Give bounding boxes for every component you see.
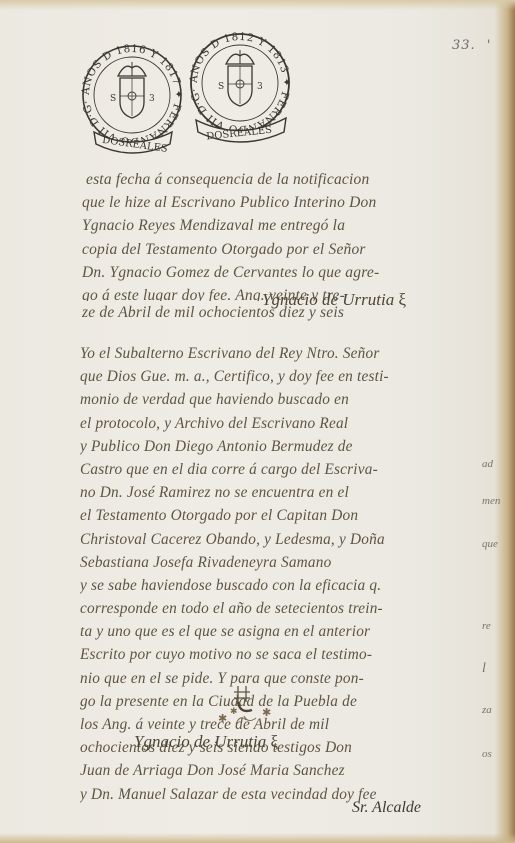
text-line: corresponde en todo el año de seteciento… [80,597,389,620]
svg-text:3: 3 [149,94,155,104]
margin-bleed-mark: l [482,661,486,677]
text-line: el protocolo, y Archivo del Escrivano Re… [80,412,389,435]
text-line: Yo el Subalterno Escrivano del Rey Ntro.… [80,342,389,365]
text-line: Dn. Ygnacio Gomez de Cervantes lo que ag… [82,261,379,284]
text-line: y se sabe haviendose buscado con la efic… [80,574,389,597]
text-line: que Dios Gue. m. a., Certifico, y doy fe… [80,365,389,388]
text-line: esta fecha á consequencia de la notifica… [86,168,379,191]
tax-stamp-right: ANOS D 1812 Y 1813 ✦ FERNANDO VII D·G·HI… [188,28,298,148]
svg-text:3: 3 [257,82,263,92]
text-line: el Testamento Otorgado por el Capitan Do… [80,504,389,527]
closing-addressee: Sr. Alcalde [352,799,421,817]
text-line: Escrito por cuyo motivo no se saca el te… [80,643,389,666]
margin-bleed-mark: men [482,495,500,507]
folio-number: 33. ' [452,38,491,53]
svg-text:✱: ✱ [230,706,238,716]
text-line: Juan de Arriaga Don José Maria Sanchez [80,759,389,782]
margin-bleed-mark: re [482,620,491,632]
signature-flourish-icon: ξ [398,290,406,309]
text-line: no Dn. José Ramirez no se encuentra en e… [80,481,389,504]
margin-bleed-mark: za [482,704,492,716]
svg-text:✱: ✱ [218,713,227,725]
margin-bleed-mark: ad [482,458,493,470]
text-line: Ygnacio Reyes Mendizaval me entregó la [82,214,379,237]
signature-flourish-icon: ξ [270,732,278,751]
signature-urrutia-1: Ygnacio de Urrutia ξ [262,290,406,310]
svg-text:✱: ✱ [262,707,271,719]
manuscript-page: 33. ' ANOS D 1816 Y 1817 ✦ FERNANDO VII … [0,0,515,843]
text-line: ta y uno que es el que se asigna en el a… [80,620,389,643]
text-line: Castro que en el dia corre á cargo del E… [80,458,389,481]
text-line: Christoval Cacerez Obando, y Ledesma, y … [80,528,389,551]
text-line: copia del Testamento Otorgado por el Señ… [82,238,379,261]
text-line: y Publico Don Diego Antonio Bermudez de [80,435,389,458]
text-line: y Dn. Manuel Salazar de esta vecindad do… [80,783,389,806]
margin-bleed-mark: os [482,748,492,760]
text-line: que le hize al Escrivano Publico Interin… [82,191,379,214]
text-line: Sebastiana Josefa Rivadeneyra Samano [80,551,389,574]
signature-urrutia-2: Ygnacio de Urrutia ξ [134,732,278,752]
svg-text:S: S [110,94,116,104]
svg-text:S: S [218,82,224,92]
text-line: monio de verdad que haviendo buscado en [80,388,389,411]
margin-bleed-mark: que [482,538,498,550]
notarial-rubric-icon: ✱ ✱ ✱ [200,684,280,724]
tax-stamp-left: ANOS D 1816 Y 1817 ✦ FERNANDO VII D·G·HI… [80,40,190,155]
